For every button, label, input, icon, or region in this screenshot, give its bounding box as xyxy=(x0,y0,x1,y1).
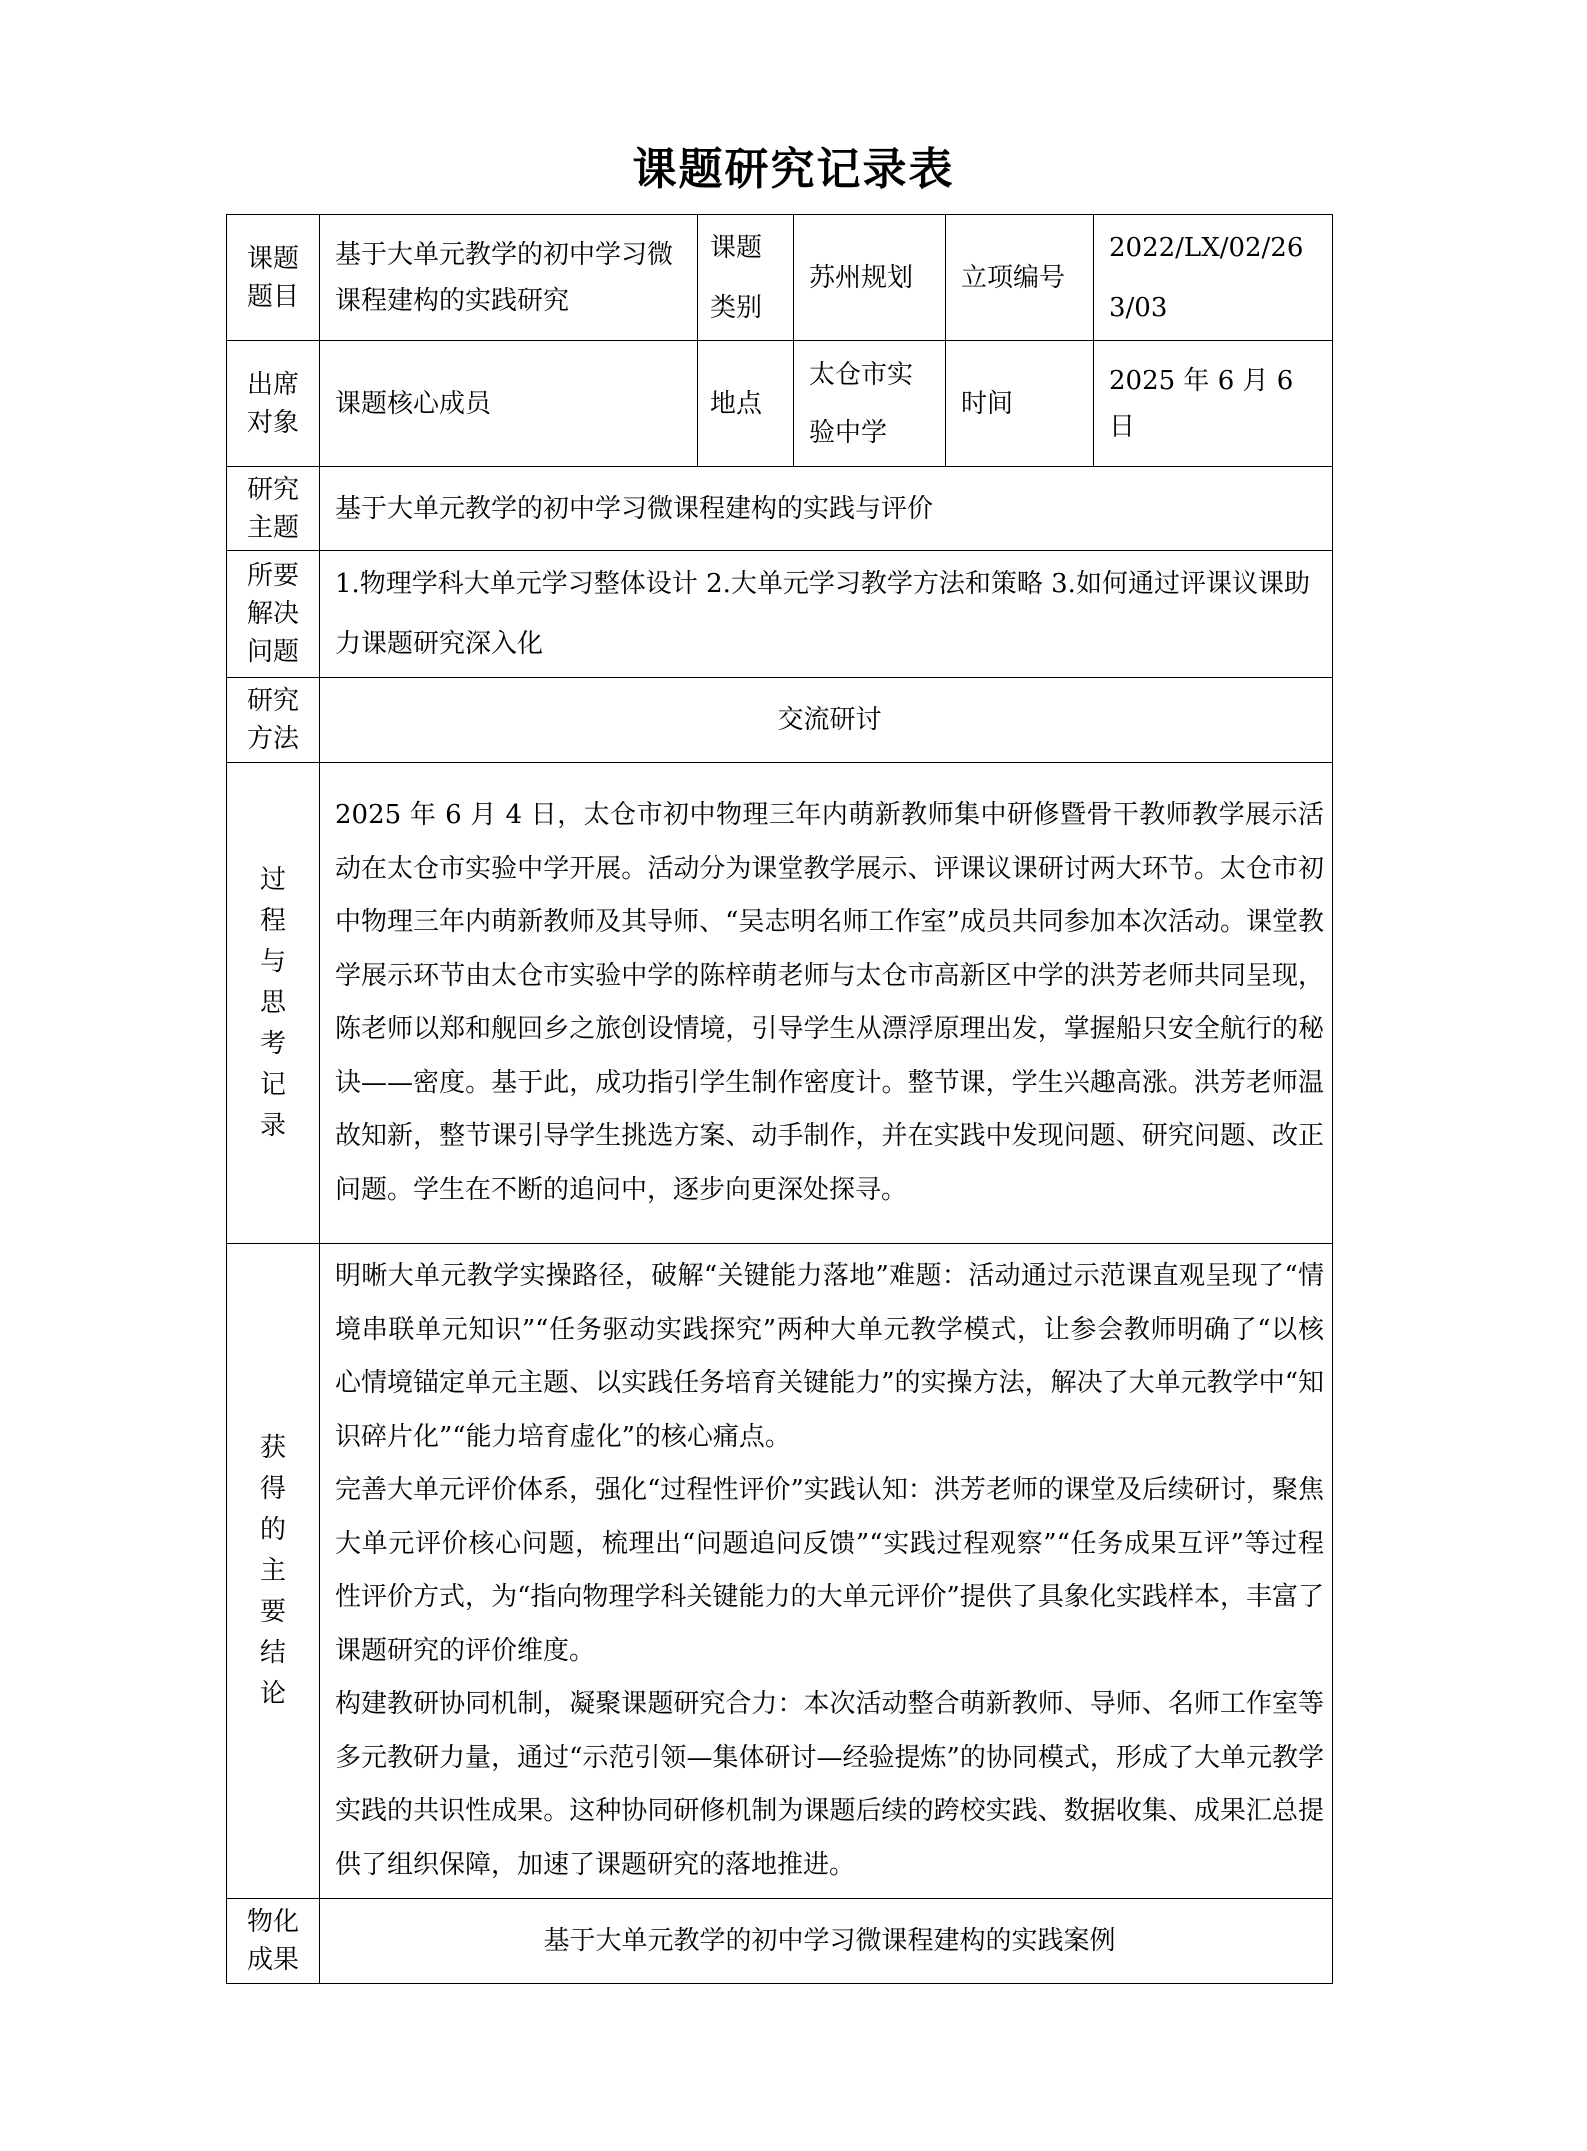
label-method: 研究 方法 xyxy=(227,678,320,763)
process-record-text: 2025 年 6 月 4 日，太仓市初中物理三年内萌新教师集中研修暨骨干教师教学… xyxy=(320,763,1333,1244)
label-attendees: 出席 对象 xyxy=(227,341,320,467)
table-row-method: 研究 方法 交流研讨 xyxy=(227,678,1333,763)
method-value: 交流研讨 xyxy=(320,678,1333,763)
table-row-research-theme: 研究 主题 基于大单元教学的初中学习微课程建构的实践与评价 xyxy=(227,467,1333,551)
label-location: 地点 xyxy=(698,341,794,467)
topic-value: 基于大单元教学的初中学习微课程建构的实践研究 xyxy=(320,215,698,341)
table-row-attendance: 出席 对象 课题核心成员 地点 太仓市实验中学 时间 2025 年 6 月 6 … xyxy=(227,341,1333,467)
label-topic: 课题 题目 xyxy=(227,215,320,341)
label-category: 课题 类别 xyxy=(698,215,794,341)
table-row-process: 过 程 与 思 考 记 录 2025 年 6 月 4 日，太仓市初中物理三年内萌… xyxy=(227,763,1333,1244)
record-table: 课题 题目 基于大单元教学的初中学习微课程建构的实践研究 课题 类别 苏州规划 … xyxy=(226,214,1333,1984)
label-process: 过 程 与 思 考 记 录 xyxy=(227,763,320,1244)
outcome-value: 基于大单元教学的初中学习微课程建构的实践案例 xyxy=(320,1899,1333,1984)
time-value: 2025 年 6 月 6 日 xyxy=(1094,341,1333,467)
problems-value: 1.物理学科大单元学习整体设计 2.大单元学习教学方法和策略 3.如何通过评课议… xyxy=(320,551,1333,678)
attendees-value: 课题核心成员 xyxy=(320,341,698,467)
location-value: 太仓市实验中学 xyxy=(794,341,946,467)
table-row-topic: 课题 题目 基于大单元教学的初中学习微课程建构的实践研究 课题 类别 苏州规划 … xyxy=(227,215,1333,341)
label-project-number: 立项编号 xyxy=(946,215,1094,341)
table-row-outcome: 物化 成果 基于大单元教学的初中学习微课程建构的实践案例 xyxy=(227,1899,1333,1984)
page-title: 课题研究记录表 xyxy=(0,140,1587,200)
table-row-problems: 所要 解决 问题 1.物理学科大单元学习整体设计 2.大单元学习教学方法和策略 … xyxy=(227,551,1333,678)
conclusions-text: 明晰大单元教学实操路径，破解“关键能力落地”难题：活动通过示范课直观呈现了“情境… xyxy=(320,1244,1333,1899)
label-problems: 所要 解决 问题 xyxy=(227,551,320,678)
conclusion-paragraph-1: 明晰大单元教学实操路径，破解“关键能力落地”难题：活动通过示范课直观呈现了“情境… xyxy=(335,1250,1324,1464)
label-time: 时间 xyxy=(946,341,1094,467)
project-number-value: 2022/LX/02/263/03 xyxy=(1094,215,1333,341)
label-conclusions: 获 得 的 主 要 结 论 xyxy=(227,1244,320,1899)
research-theme-value: 基于大单元教学的初中学习微课程建构的实践与评价 xyxy=(320,467,1333,551)
label-outcome: 物化 成果 xyxy=(227,1899,320,1984)
conclusion-paragraph-2: 完善大单元评价体系，强化“过程性评价”实践认知：洪芳老师的课堂及后续研讨，聚焦大… xyxy=(335,1464,1324,1678)
category-value: 苏州规划 xyxy=(794,215,946,341)
conclusion-paragraph-3: 构建教研协同机制，凝聚课题研究合力：本次活动整合萌新教师、导师、名师工作室等多元… xyxy=(335,1678,1324,1892)
label-research-theme: 研究 主题 xyxy=(227,467,320,551)
table-row-conclusions: 获 得 的 主 要 结 论 明晰大单元教学实操路径，破解“关键能力落地”难题：活… xyxy=(227,1244,1333,1899)
